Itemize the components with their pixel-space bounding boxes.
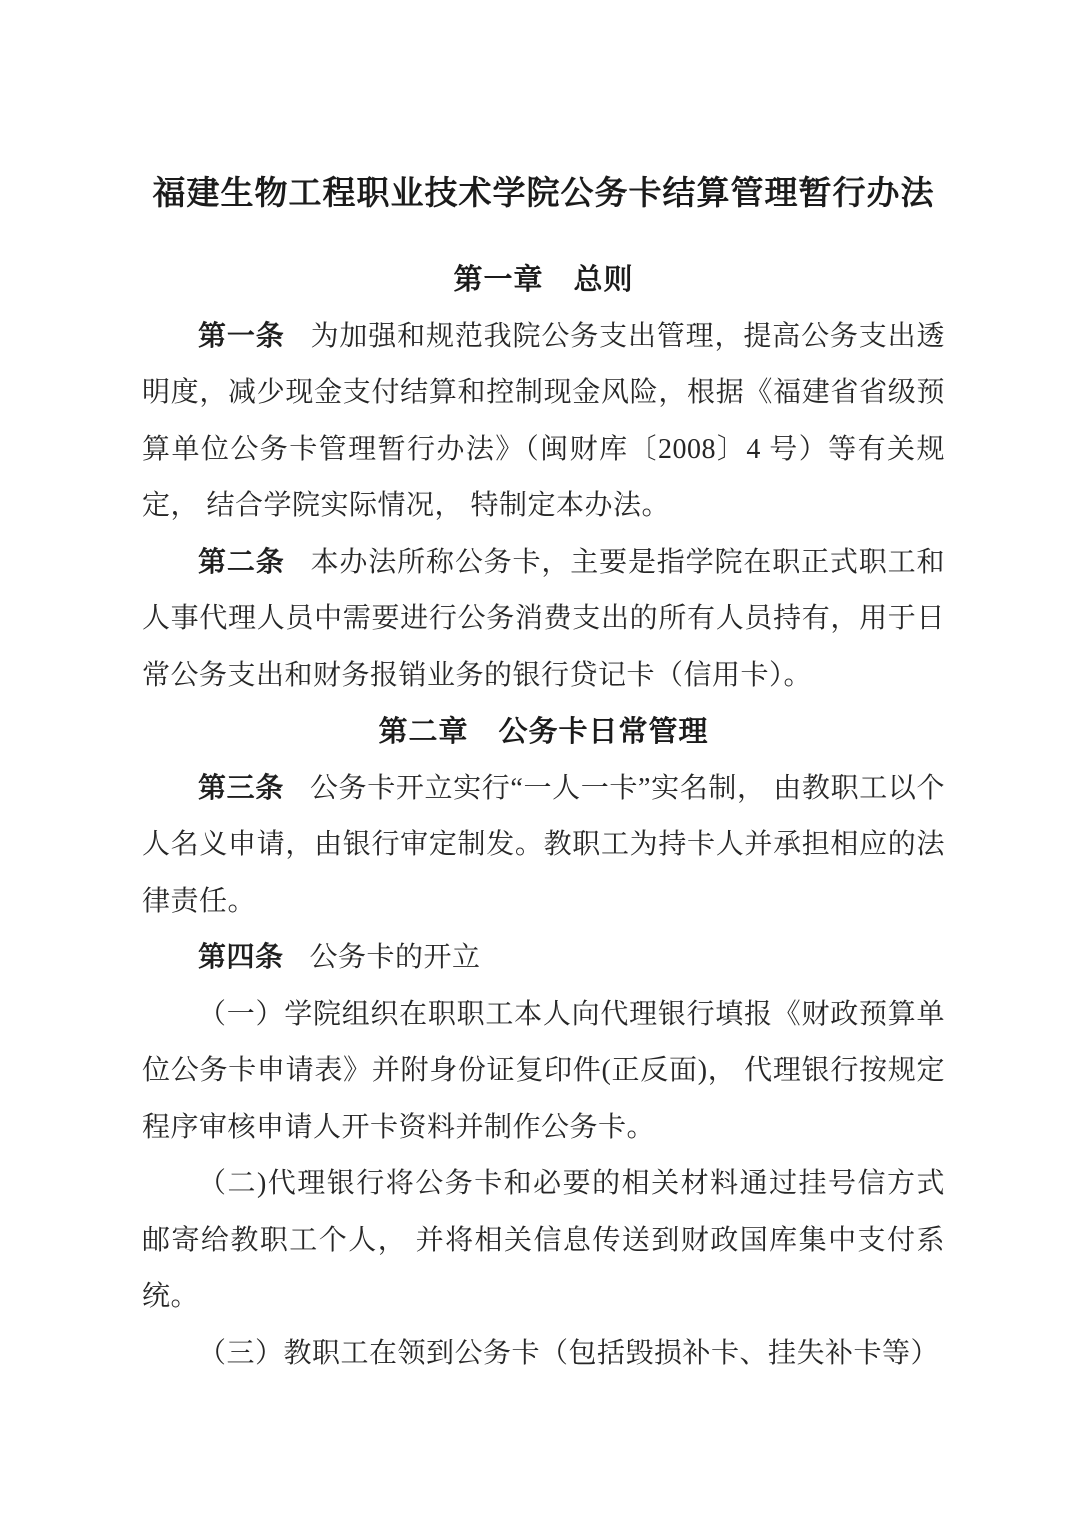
- clause-4-text: 公务卡的开立: [310, 942, 481, 973]
- document-title: 福建生物工程职业技术学院公务卡结算管理暂行办法: [142, 164, 945, 221]
- chapter-2-heading: 第二章 公务卡日常管理: [142, 704, 945, 761]
- list-item-3: （三）教职工在领到公务卡（包括毁损补卡、挂失补卡等）: [142, 1326, 945, 1383]
- clause-3-label: 第三条: [198, 773, 284, 804]
- list-item-2: （二)代理银行将公务卡和必要的相关材料通过挂号信方式邮寄给教职工个人， 并将相关…: [142, 1156, 945, 1326]
- clause-paragraph-3: 第三条公务卡开立实行“一人一卡”实名制， 由教职工以个人名义申请，由银行审定制发…: [142, 761, 945, 931]
- clause-paragraph-1: 第一条为加强和规范我院公务支出管理，提高公务支出透明度，减少现金支付结算和控制现…: [142, 309, 945, 535]
- page-content: 福建生物工程职业技术学院公务卡结算管理暂行办法 第一章 总则 第一条为加强和规范…: [0, 0, 1085, 1536]
- clause-2-label: 第二条: [198, 547, 285, 578]
- clause-4-label: 第四条: [198, 942, 284, 973]
- clause-paragraph-2: 第二条本办法所称公务卡，主要是指学院在职正式职工和人事代理人员中需要进行公务消费…: [142, 535, 945, 705]
- clause-paragraph-4: 第四条公务卡的开立: [142, 930, 945, 987]
- document-page: 福建生物工程职业技术学院公务卡结算管理暂行办法 第一章 总则 第一条为加强和规范…: [0, 0, 1085, 1536]
- clause-1-label: 第一条: [198, 321, 285, 352]
- chapter-1-heading: 第一章 总则: [142, 252, 945, 309]
- list-item-1: （一）学院组织在职职工本人向代理银行填报《财政预算单位公务卡申请表》并附身份证复…: [142, 987, 945, 1157]
